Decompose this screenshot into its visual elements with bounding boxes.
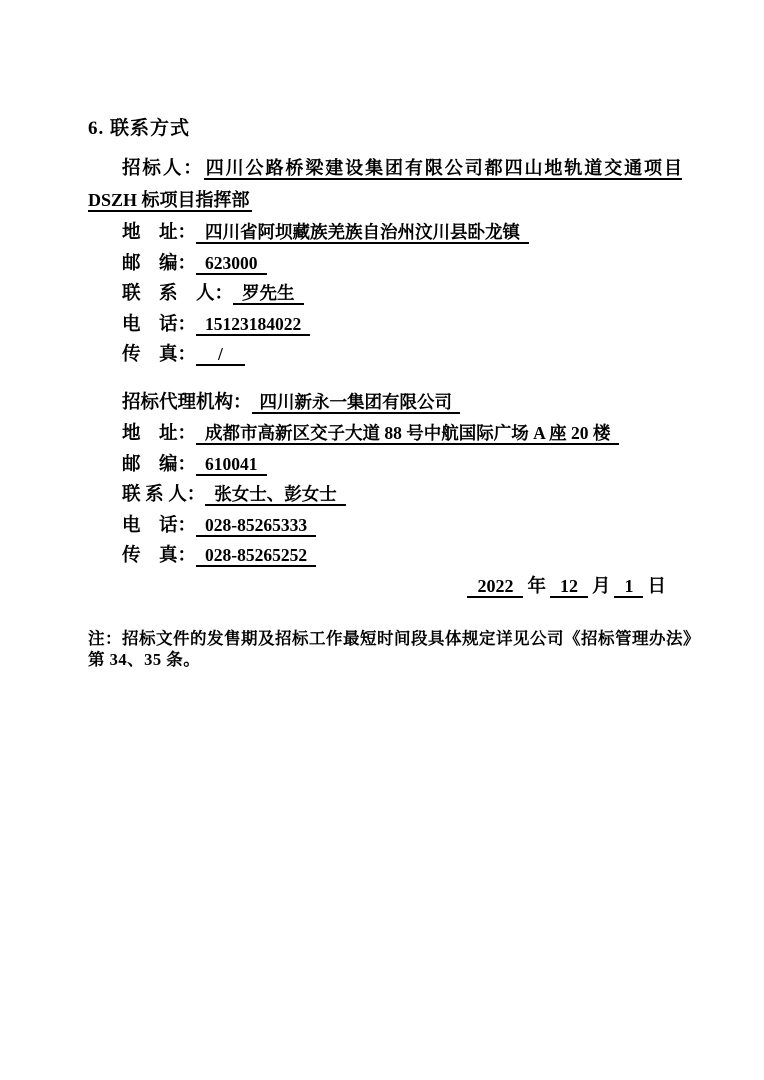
contact-row: 邮 编：623000: [88, 248, 682, 279]
field-label: 传 真：: [122, 546, 196, 566]
field-label: 联 系 人：: [122, 485, 205, 505]
field-value: 028-85265333: [196, 515, 316, 537]
field-value: 610041: [196, 454, 267, 476]
field-value: 15123184022: [196, 314, 310, 336]
contact-row: 电 话：028-85265333: [88, 510, 682, 541]
field-value: 028-85265252: [196, 545, 316, 567]
field-value: /: [196, 344, 245, 366]
date-month-label: 月: [592, 577, 611, 597]
field-label: 邮 编：: [122, 254, 196, 274]
note-paragraph: 注：招标文件的发售期及招标工作最短时间段具体规定详见公司《招标管理办法》第 34…: [88, 628, 704, 671]
date-year-value: 2022: [467, 576, 523, 598]
field-label: 传 真：: [122, 345, 196, 365]
contact-row: 联 系 人：张女士、彭女士: [88, 479, 682, 510]
field-label: 地 址：: [122, 424, 196, 444]
contact-row: 地 址：四川省阿坝藏族羌族自治州汶川县卧龙镇: [88, 217, 682, 248]
field-label: 地 址：: [122, 223, 196, 243]
contact-row: 邮 编：610041: [88, 449, 682, 480]
field-value: 四川省阿坝藏族羌族自治州汶川县卧龙镇: [196, 222, 529, 244]
field-value: 623000: [196, 253, 267, 275]
contact-row: 联 系 人：罗先生: [88, 278, 682, 309]
bidder-paragraph: 招标人：四川公路桥梁建设集团有限公司都四山地轨道交通项目 DSZH 标项目指挥部: [88, 153, 682, 217]
contact-row: 地 址：成都市高新区交子大道 88 号中航国际广场 A 座 20 楼: [88, 418, 682, 449]
contact-row: 电 话：15123184022: [88, 309, 682, 340]
agency-label: 招标代理机构：: [122, 393, 252, 413]
date-year-label: 年: [527, 577, 546, 597]
contact-row: 传 真：028-85265252: [88, 540, 682, 571]
contact-row: 传 真：/: [88, 339, 682, 370]
field-value: 张女士、彭女士: [205, 484, 346, 506]
field-label: 邮 编：: [122, 455, 196, 475]
bidder-contact-section: 地 址：四川省阿坝藏族羌族自治州汶川县卧龙镇 邮 编：623000 联 系 人：…: [88, 217, 682, 370]
agency-value: 四川新永一集团有限公司: [252, 392, 461, 414]
agency-paragraph: 招标代理机构：四川新永一集团有限公司: [88, 387, 682, 419]
date-day-label: 日: [647, 577, 666, 597]
field-value: 罗先生: [233, 283, 304, 305]
document-page: 6. 联系方式 招标人：四川公路桥梁建设集团有限公司都四山地轨道交通项目 DSZ…: [0, 0, 764, 1080]
date-line: 2022年12月1日: [88, 571, 682, 602]
bidder-label: 招标人：: [122, 159, 204, 179]
field-label: 电 话：: [122, 516, 196, 536]
document-content: 6. 联系方式 招标人：四川公路桥梁建设集团有限公司都四山地轨道交通项目 DSZ…: [88, 0, 682, 671]
date-day-value: 1: [614, 576, 643, 598]
date-month-value: 12: [550, 576, 588, 598]
agency-contact-section: 地 址：成都市高新区交子大道 88 号中航国际广场 A 座 20 楼 邮 编：6…: [88, 418, 682, 571]
field-label: 电 话：: [122, 315, 196, 335]
field-label: 联 系 人：: [122, 284, 233, 304]
section-heading: 6. 联系方式: [88, 118, 682, 140]
field-value: 成都市高新区交子大道 88 号中航国际广场 A 座 20 楼: [196, 423, 619, 445]
